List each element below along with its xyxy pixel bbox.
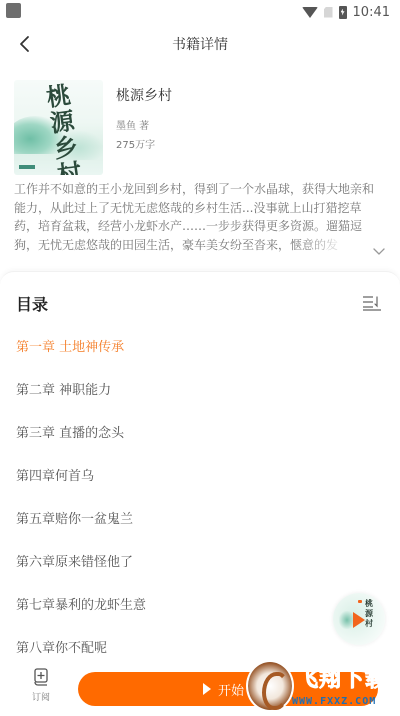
toc-title: 目录 xyxy=(16,292,48,315)
sort-icon xyxy=(362,295,382,311)
wifi-icon xyxy=(302,7,318,18)
status-bar: 10:41 xyxy=(0,0,400,24)
book-author: 墨鱼 著 xyxy=(116,117,149,132)
chapter-item[interactable]: 第四章何首乌 xyxy=(0,453,400,496)
player-cover-text: 桃源村 xyxy=(365,599,377,629)
chapter-item[interactable]: 第五章赔你一盆鬼兰 xyxy=(0,496,400,539)
chevron-down-icon xyxy=(372,246,386,256)
subscribe-button[interactable]: 订阅 xyxy=(26,666,56,710)
start-reading-label: 开始 xyxy=(218,680,244,699)
status-icons: 10:41 xyxy=(302,2,390,22)
book-cover[interactable]: 桃源乡村 xyxy=(14,80,103,175)
notification-icon xyxy=(6,3,21,18)
play-icon xyxy=(203,683,211,695)
chapter-item[interactable]: 第一章 土地神传承 xyxy=(0,324,400,367)
no-sim-icon xyxy=(324,7,333,18)
book-title: 桃源乡村 xyxy=(116,85,172,105)
cover-title: 桃源乡村 xyxy=(45,80,99,175)
start-reading-button[interactable]: 开始 xyxy=(78,672,378,706)
book-word-count: 275万字 xyxy=(116,136,155,151)
toc-card: 目录 第一章 土地神传承 第二章 神职能力 第三章 直播的念头 第四章何首乌 第… xyxy=(0,271,400,716)
sort-button[interactable] xyxy=(362,295,382,311)
subscribe-label: 订阅 xyxy=(26,690,56,703)
description-fade xyxy=(300,235,360,255)
expand-description-button[interactable] xyxy=(372,241,386,251)
chapter-item[interactable]: 第三章 直播的念头 xyxy=(0,410,400,453)
player-cover-seal xyxy=(358,600,362,603)
bookmark-add-icon xyxy=(34,668,48,686)
cover-bench xyxy=(19,165,35,169)
floating-player[interactable]: 桃源村 xyxy=(333,593,385,645)
status-time: 10:41 xyxy=(353,5,390,20)
play-icon xyxy=(353,612,365,628)
chapter-item[interactable]: 第六章原来错怪他了 xyxy=(0,539,400,582)
chapter-item[interactable]: 第二章 神职能力 xyxy=(0,367,400,410)
top-nav: 书籍详情 xyxy=(0,24,400,64)
battery-charging-icon xyxy=(339,6,347,19)
bottom-bar: 订阅 开始 xyxy=(0,658,400,716)
page-title: 书籍详情 xyxy=(0,34,400,54)
